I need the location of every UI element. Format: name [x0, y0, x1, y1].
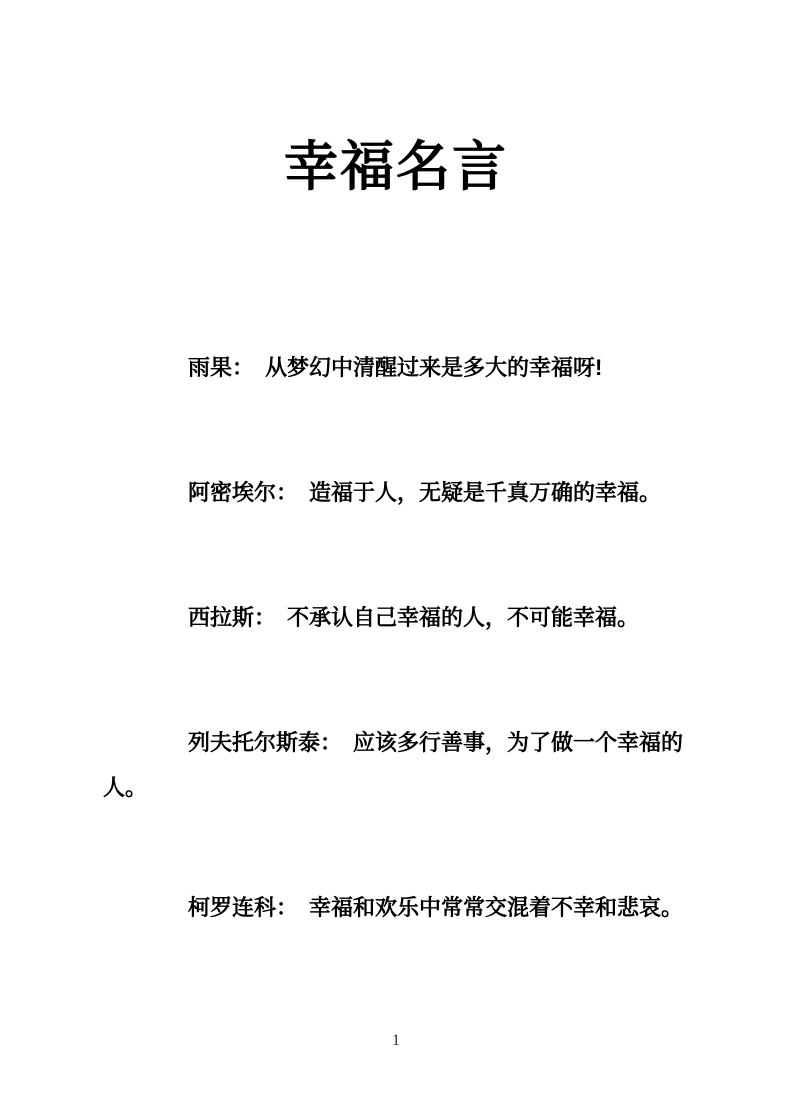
quote-paragraph-hugo: 雨果： 从梦幻中清醒过来是多大的幸福呀!: [0, 345, 792, 390]
quote-paragraph-amiel: 阿密埃尔： 造福于人，无疑是千真万确的幸福。: [0, 470, 792, 515]
document-title: 幸福名言: [0, 136, 792, 198]
quote-paragraph-silas: 西拉斯： 不承认自己幸福的人，不可能幸福。: [0, 595, 792, 640]
quote-paragraph-tolstoy: 列夫托尔斯泰： 应该多行善事，为了做一个幸福的人。: [0, 720, 792, 810]
page-number: 1: [0, 1032, 792, 1050]
quote-paragraph-korolenko: 柯罗连科： 幸福和欢乐中常常交混着不幸和悲哀。: [0, 885, 792, 930]
document-page: 幸福名言 雨果： 从梦幻中清醒过来是多大的幸福呀! 阿密埃尔： 造福于人，无疑是…: [0, 0, 792, 1120]
